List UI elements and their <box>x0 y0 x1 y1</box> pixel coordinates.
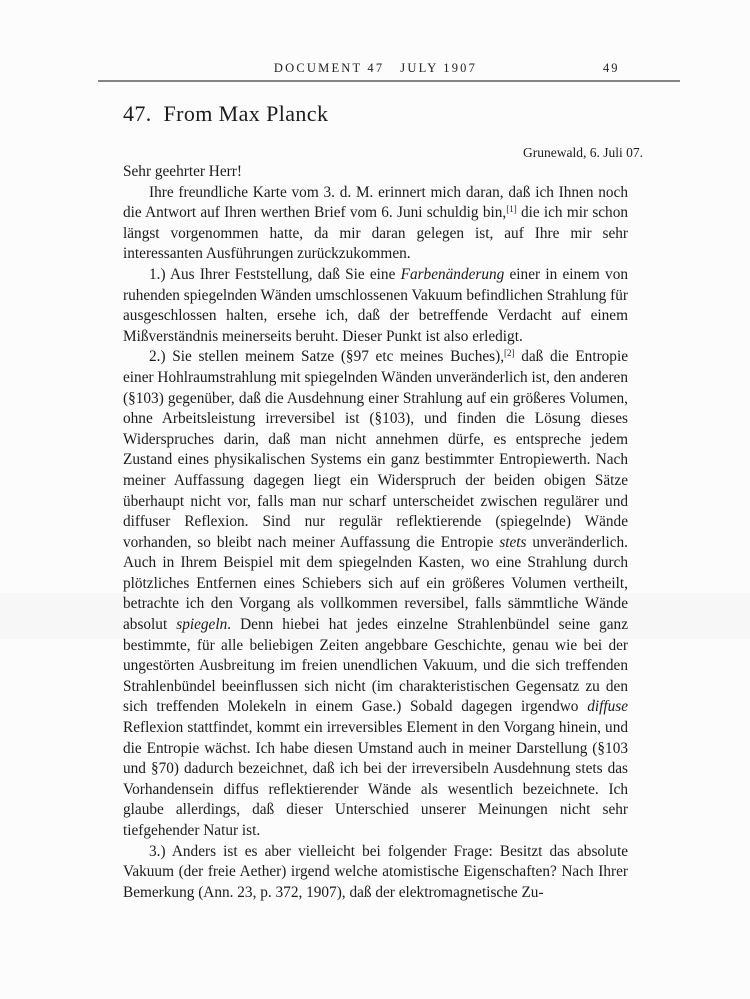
letter-text: daß die Entropie einer Hohlraumstrahlung… <box>123 348 628 550</box>
editorial-note-marker: [1] <box>506 204 517 214</box>
page-number: 49 <box>603 61 620 76</box>
emphasized-text: diffuse <box>587 698 628 715</box>
letter-text: 1.) Aus Ihrer Feststellung, daß Sie eine <box>149 266 401 283</box>
emphasized-text: stets <box>499 534 526 551</box>
header-rule <box>98 80 680 82</box>
book-page: DOCUMENT 47 JULY 1907 49 47. From Max Pl… <box>0 0 750 999</box>
emphasized-text: spiegeln <box>176 616 227 633</box>
letter-text: Reflexion stattfindet, kommt ein irrever… <box>123 719 628 839</box>
salutation: Sehr geehrter Herr! <box>123 162 628 183</box>
emphasized-text: Farbenänderung <box>401 266 505 283</box>
letter-text: 2.) Sie stellen meinem Satze (§97 etc me… <box>149 348 504 365</box>
editorial-note-marker: [2] <box>504 348 515 358</box>
paragraph: Ihre freundliche Karte vom 3. d. M. erin… <box>123 183 628 265</box>
paragraph: 3.) Anders ist es aber vielleicht bei fo… <box>123 842 628 904</box>
paragraph: 1.) Aus Ihrer Feststellung, daß Sie eine… <box>123 265 628 347</box>
running-header: DOCUMENT 47 JULY 1907 <box>123 61 628 76</box>
document-title: 47. From Max Planck <box>123 101 328 127</box>
letter-text: 3.) Anders ist es aber vielleicht bei fo… <box>123 843 628 901</box>
dateline: Grunewald, 6. Juli 07. <box>523 145 643 161</box>
letter-body: Sehr geehrter Herr! Ihre freundliche Kar… <box>123 162 628 903</box>
paragraph: 2.) Sie stellen meinem Satze (§97 etc me… <box>123 347 628 841</box>
